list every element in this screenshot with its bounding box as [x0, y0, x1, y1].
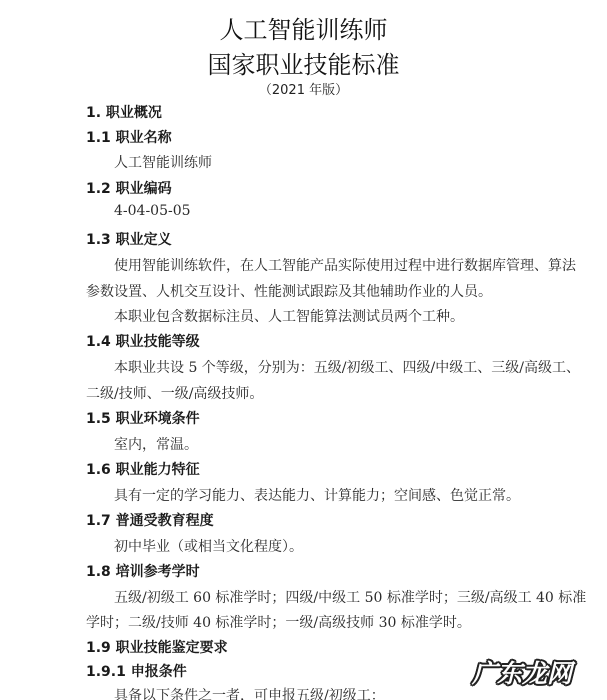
- section-heading-1-1: 1.1 职业名称: [86, 127, 172, 147]
- section-body-1-9-1: 具备以下条件之一者，可申报五级/初级工：: [114, 685, 385, 700]
- section-body-1-3-line3: 本职业包含数据标注员、人工智能算法测试员两个工种。: [114, 306, 464, 326]
- section-body-1-5: 室内，常温。: [114, 434, 198, 454]
- section-heading-1: 1. 职业概况: [86, 102, 162, 122]
- section-body-1-4-line2: 二级/技师、一级/高级技师。: [86, 383, 263, 403]
- watermark-logo: 广东龙网: [472, 654, 572, 690]
- section-heading-1-4: 1.4 职业技能等级: [86, 331, 200, 351]
- section-heading-1-7: 1.7 普通受教育程度: [86, 510, 214, 530]
- section-heading-1-3: 1.3 职业定义: [86, 229, 172, 249]
- section-body-1-1: 人工智能训练师: [114, 152, 212, 172]
- section-body-1-4-line1: 本职业共设 5 个等级，分别为：五级/初级工、四级/中级工、三级/高级工、: [114, 357, 580, 377]
- document-subtitle: 国家职业技能标准: [0, 45, 607, 80]
- section-heading-1-9-1: 1.9.1 申报条件: [86, 661, 187, 681]
- section-body-1-3-line1: 使用智能训练软件，在人工智能产品实际使用过程中进行数据库管理、算法: [114, 255, 576, 275]
- section-body-1-3-line2: 参数设置、人机交互设计、性能测试跟踪及其他辅助作业的人员。: [86, 281, 492, 301]
- section-body-1-7: 初中毕业（或相当文化程度）。: [114, 536, 303, 556]
- section-heading-1-6: 1.6 职业能力特征: [86, 459, 200, 479]
- section-heading-1-5: 1.5 职业环境条件: [86, 408, 200, 428]
- section-heading-1-8: 1.8 培训参考学时: [86, 561, 200, 581]
- document-edition: （2021 年版）: [0, 79, 607, 98]
- section-body-1-2: 4-04-05-05: [114, 203, 191, 219]
- section-body-1-8-line1: 五级/初级工 60 标准学时；四级/中级工 50 标准学时；三级/高级工 40 …: [114, 587, 586, 607]
- section-body-1-8-line2: 学时；二级/技师 40 标准学时；一级/高级技师 30 标准学时。: [86, 612, 471, 632]
- section-body-1-6: 具有一定的学习能力、表达能力、计算能力；空间感、色觉正常。: [114, 485, 520, 505]
- section-heading-1-9: 1.9 职业技能鉴定要求: [86, 637, 228, 657]
- document-title: 人工智能训练师: [0, 10, 607, 45]
- section-heading-1-2: 1.2 职业编码: [86, 178, 172, 198]
